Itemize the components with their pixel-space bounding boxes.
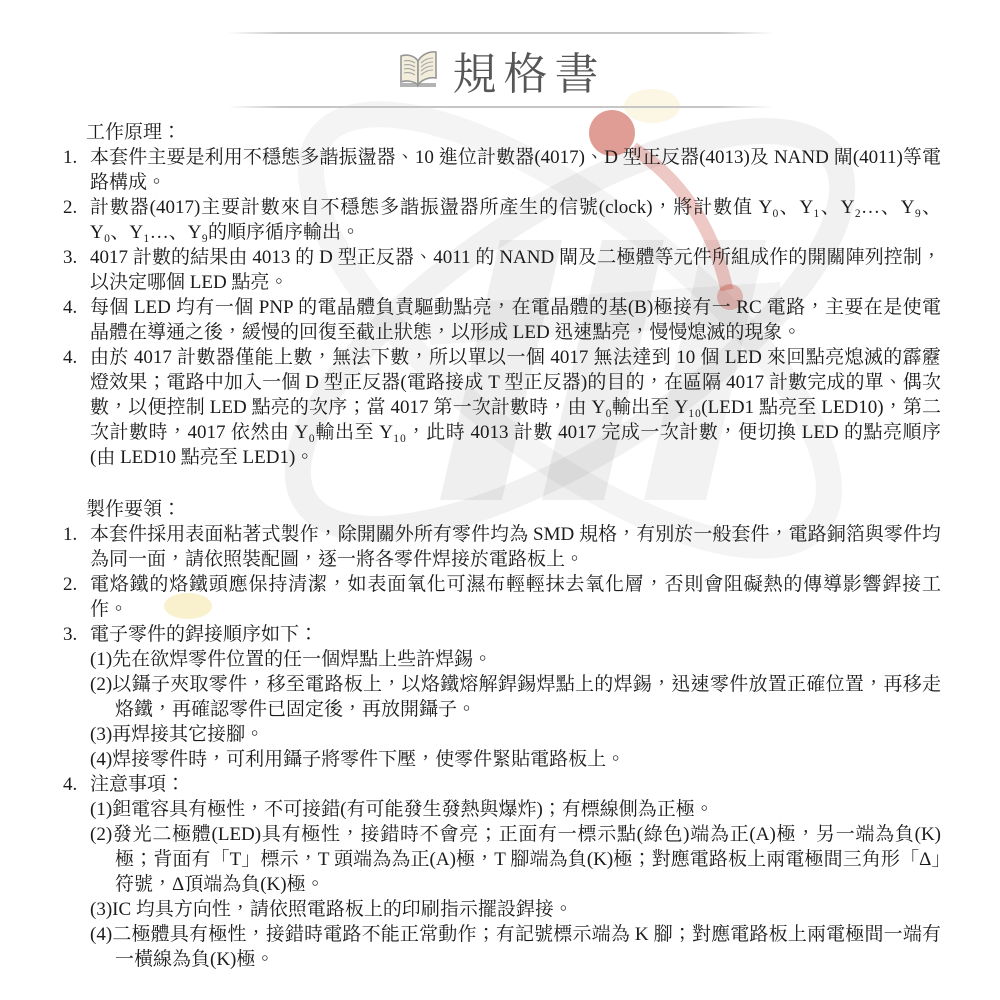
list-item: 3. 電子零件的銲接順序如下： [63,622,941,647]
item-text: 計數器(4017)主要計數來自不穩態多諧振盪器所產生的信號(clock)，將計數… [90,195,941,245]
sub-item: (2)發光二極體(LED)具有極性，接錯時不會亮；正面有一標示點(綠色)端為正(… [90,822,941,897]
list-item: 3. 4017 計數的結果由 4013 的 D 型正反器、4011 的 NAND… [63,245,941,295]
item-text: 每個 LED 均有一個 PNP 的電晶體負責驅動點亮，在電晶體的基(B)極接有一… [90,295,941,345]
page-title: 規格書 [453,38,606,102]
item-number: 3. [63,245,90,270]
sub-item: (3)再焊接其它接腳。 [90,722,941,747]
sub-item: (1)鉭電容具有極性，不可接錯(有可能發生發熱與爆炸)；有標線側為正極。 [90,797,941,822]
open-book-icon [395,50,441,90]
section-heading-working-principle: 工作原理： [86,120,941,145]
item-text: 本套件採用表面粘著式製作，除開關外所有零件均為 SMD 規格，有別於一般套件，電… [90,522,941,572]
item-number: 2. [63,195,90,220]
list-item: 4. 注意事項： [63,772,941,797]
sub-item: (1)先在欲焊零件位置的任一個焊點上些許焊錫。 [90,647,941,672]
sub-item: (4)二極體具有極性，接錯時電路不能正常動作；有記號標示端為 K 腳；對應電路板… [90,922,941,972]
header: 規格書 [0,0,1000,108]
item-number: 4. [63,772,90,797]
item-text: 電烙鐵的烙鐵頭應保持清潔，如表面氧化可濕布輕輕抹去氧化層，否則會阻礙熱的傳導影響… [90,572,941,622]
list-item: 1. 本套件主要是利用不穩態多諧振盪器、10 進位計數器(4017)、D 型正反… [63,145,941,195]
item-number: 4. [63,295,90,320]
sub-item: (2)以鑷子夾取零件，移至電路板上，以烙鐵熔解銲錫焊點上的焊錫，迅速零件放置正確… [90,672,941,722]
list-item: 4. 每個 LED 均有一個 PNP 的電晶體負責驅動點亮，在電晶體的基(B)極… [63,295,941,345]
item-text: 注意事項： [90,772,941,797]
sub-item: (4)焊接零件時，可利用鑷子將零件下壓，使零件緊貼電路板上。 [90,747,941,772]
list-item: 1. 本套件採用表面粘著式製作，除開關外所有零件均為 SMD 規格，有別於一般套… [63,522,941,572]
section-heading-assembly-tips: 製作要領： [86,497,941,522]
item-number: 3. [63,622,90,647]
item-text: 4017 計數的結果由 4013 的 D 型正反器、4011 的 NAND 閘及… [90,245,941,295]
item-text: 本套件主要是利用不穩態多諧振盪器、10 進位計數器(4017)、D 型正反器(4… [90,145,941,195]
list-item: 4. 由於 4017 計數器僅能上數，無法下數，所以單以一個 4017 無法達到… [63,345,941,470]
item-number: 1. [63,522,90,547]
list-item: 2. 電烙鐵的烙鐵頭應保持清潔，如表面氧化可濕布輕輕抹去氧化層，否則會阻礙熱的傳… [63,572,941,622]
item-text: 由於 4017 計數器僅能上數，無法下數，所以單以一個 4017 無法達到 10… [90,345,941,470]
sub-item: (3)IC 均具方向性，請依照電路板上的印刷指示擺設銲接。 [90,897,941,922]
item-number: 4. [63,345,90,370]
item-number: 1. [63,145,90,170]
item-text: 電子零件的銲接順序如下： [90,622,941,647]
spec-document: 工作原理： 1. 本套件主要是利用不穩態多諧振盪器、10 進位計數器(4017)… [0,108,1000,972]
title-row: 規格書 [0,34,1000,106]
item-number: 2. [63,572,90,597]
list-item: 2. 計數器(4017)主要計數來自不穩態多諧振盪器所產生的信號(clock)，… [63,195,941,245]
